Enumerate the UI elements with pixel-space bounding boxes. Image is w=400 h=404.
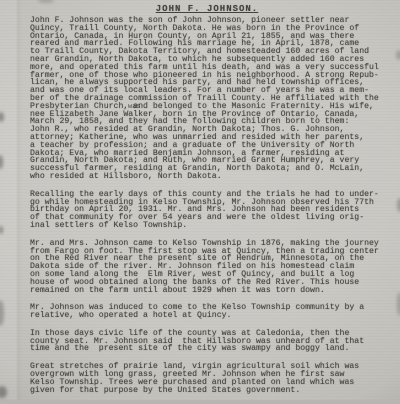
document-text-block: JOHN F. JOHNSON. John F. Johnson was the… <box>30 4 398 400</box>
paragraph: Mr. Johnson was induced to come to the K… <box>30 304 398 320</box>
paragraph: Recalling the early days of this county … <box>30 191 398 230</box>
scan-smudge <box>396 50 400 60</box>
typed-insertion-word: was <box>128 104 141 111</box>
document-title: JOHN F. JOHNSON. <box>30 4 384 14</box>
paragraph: Mr. and Mrs. Johnson came to Kelso Towns… <box>30 240 398 295</box>
paragraph: John F. Johnson was the son of John John… <box>30 17 398 181</box>
document-body: John F. Johnson was the son of John John… <box>30 17 398 394</box>
paragraph: Great stretches of prairie land, virgin … <box>30 363 398 394</box>
document-page: JOHN F. JOHNSON. John F. Johnson was the… <box>0 0 400 400</box>
scan-smudge <box>38 0 54 3</box>
scan-smudge <box>0 112 4 122</box>
scan-smudge <box>0 226 3 234</box>
scan-smudge <box>0 300 4 326</box>
paragraph: In those days civic life of the county w… <box>30 330 398 353</box>
scan-smudge <box>0 386 7 398</box>
scan-smudge <box>0 155 3 169</box>
